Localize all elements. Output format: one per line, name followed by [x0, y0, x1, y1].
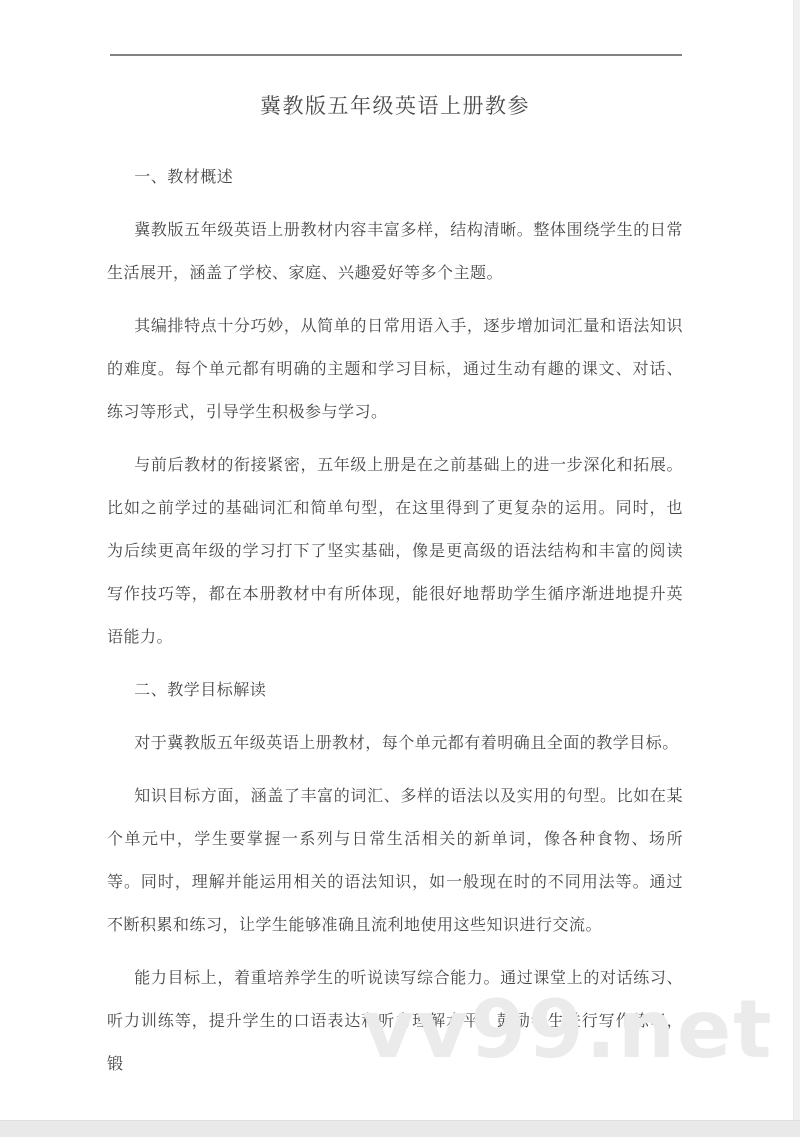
paragraph: 冀教版五年级英语上册教材内容丰富多样，结构清晰。整体围绕学生的日常生活展开，涵盖… [107, 209, 683, 295]
section-heading-2: 二、教学目标解读 [107, 669, 683, 712]
paragraph: 其编排特点十分巧妙，从简单的日常用语入手，逐步增加词汇量和语法知识的难度。每个单… [107, 305, 683, 434]
paragraph: 知识目标方面，涵盖了丰富的词汇、多样的语法以及实用的句型。比如在某个单元中，学生… [107, 775, 683, 947]
page-bottom-gap [0, 1120, 800, 1137]
paragraph: 与前后教材的衔接紧密，五年级上册是在之前基础上的进一步深化和拓展。比如之前学过的… [107, 444, 683, 659]
section-heading-1: 一、教材概述 [107, 156, 683, 199]
document-title: 冀教版五年级英语上册教参 [107, 92, 683, 120]
document-content: 冀教版五年级英语上册教参 一、教材概述 冀教版五年级英语上册教材内容丰富多样，结… [107, 0, 683, 1086]
page-right-edge [793, 0, 800, 1120]
site-watermark: vv99.net [362, 990, 773, 1070]
paragraph: 对于冀教版五年级英语上册教材，每个单元都有着明确且全面的教学目标。 [107, 722, 683, 765]
document-page: 冀教版五年级英语上册教参 一、教材概述 冀教版五年级英语上册教材内容丰富多样，结… [0, 0, 800, 1137]
